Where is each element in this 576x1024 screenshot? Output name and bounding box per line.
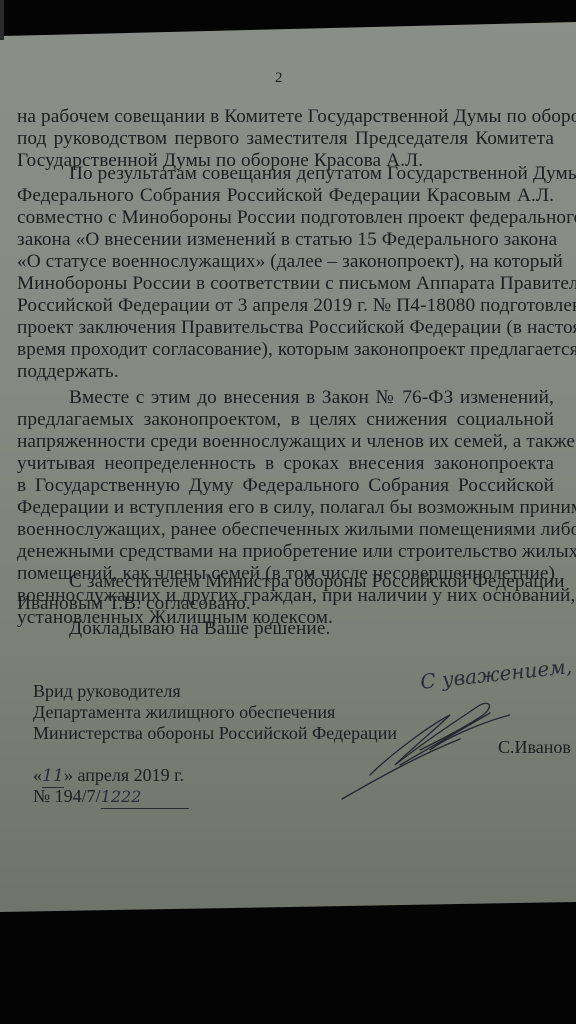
handwritten-signature — [340, 695, 510, 805]
text-line: Докладываю на Ваше решение. — [69, 618, 554, 640]
handwritten-reference-suffix: 1222 — [101, 786, 189, 809]
text-line: денежными средствами на приобретение или… — [17, 541, 554, 563]
text-line: Российской Федерации от 3 апреля 2019 г.… — [17, 295, 554, 317]
text-line: Федерального Собрания Российской Федерац… — [17, 185, 554, 207]
text-line: военнослужащих, ранее обеспеченных жилым… — [17, 519, 554, 541]
text-line: закона «О внесении изменений в статью 15… — [17, 229, 554, 251]
page-number: 2 — [275, 70, 283, 87]
text-line: По результатам совещания депутатом Госуд… — [69, 163, 554, 185]
text-line: Минобороны России в соответствии с письм… — [17, 273, 554, 295]
text-line: С заместителем Министра обороны Российск… — [69, 571, 554, 593]
text-line: Ивановым Т.В. согласовано. — [17, 593, 554, 615]
text-line: «О статусе военнослужащих» (далее – зако… — [17, 251, 554, 273]
text-line: совместно с Минобороны России подготовле… — [17, 207, 554, 229]
text-line: Федерации и вступления его в силу, полаг… — [17, 497, 554, 519]
reference-prefix: № 194/7/ — [33, 786, 101, 806]
signer-title-line: Врид руководителя — [33, 680, 181, 702]
text-line: в Государственную Думу Федерального Собр… — [17, 475, 554, 497]
date-month-year: » апреля 2019 г. — [64, 765, 184, 785]
text-line: под руководством первого заместителя Пре… — [17, 128, 554, 150]
document-text: 2 на рабочем совещании в Комитете Госуда… — [0, 0, 576, 1024]
reference-number: № 194/7/1222 — [33, 785, 189, 809]
signer-title-line: Департамента жилищного обеспечения — [33, 701, 335, 723]
text-line: Вместе с этим до внесения в Закон № 76-Ф… — [69, 387, 554, 409]
text-line: проект заключения Правительства Российск… — [17, 317, 554, 339]
handwritten-regards: С уважением, — [419, 654, 573, 694]
text-line: на рабочем совещании в Комитете Государс… — [17, 106, 554, 128]
text-line: напряженности среди военнослужащих и чле… — [17, 431, 554, 453]
text-line: предлагаемых законопроектом, в целях сни… — [17, 409, 554, 431]
date-open-quote: « — [33, 765, 42, 785]
text-line: время проходит согласование), которым за… — [17, 339, 554, 361]
signer-name: С.Иванов — [498, 736, 571, 758]
text-line: поддержать. — [17, 361, 554, 383]
text-line: учитывая неопределенность в сроках внесе… — [17, 453, 554, 475]
